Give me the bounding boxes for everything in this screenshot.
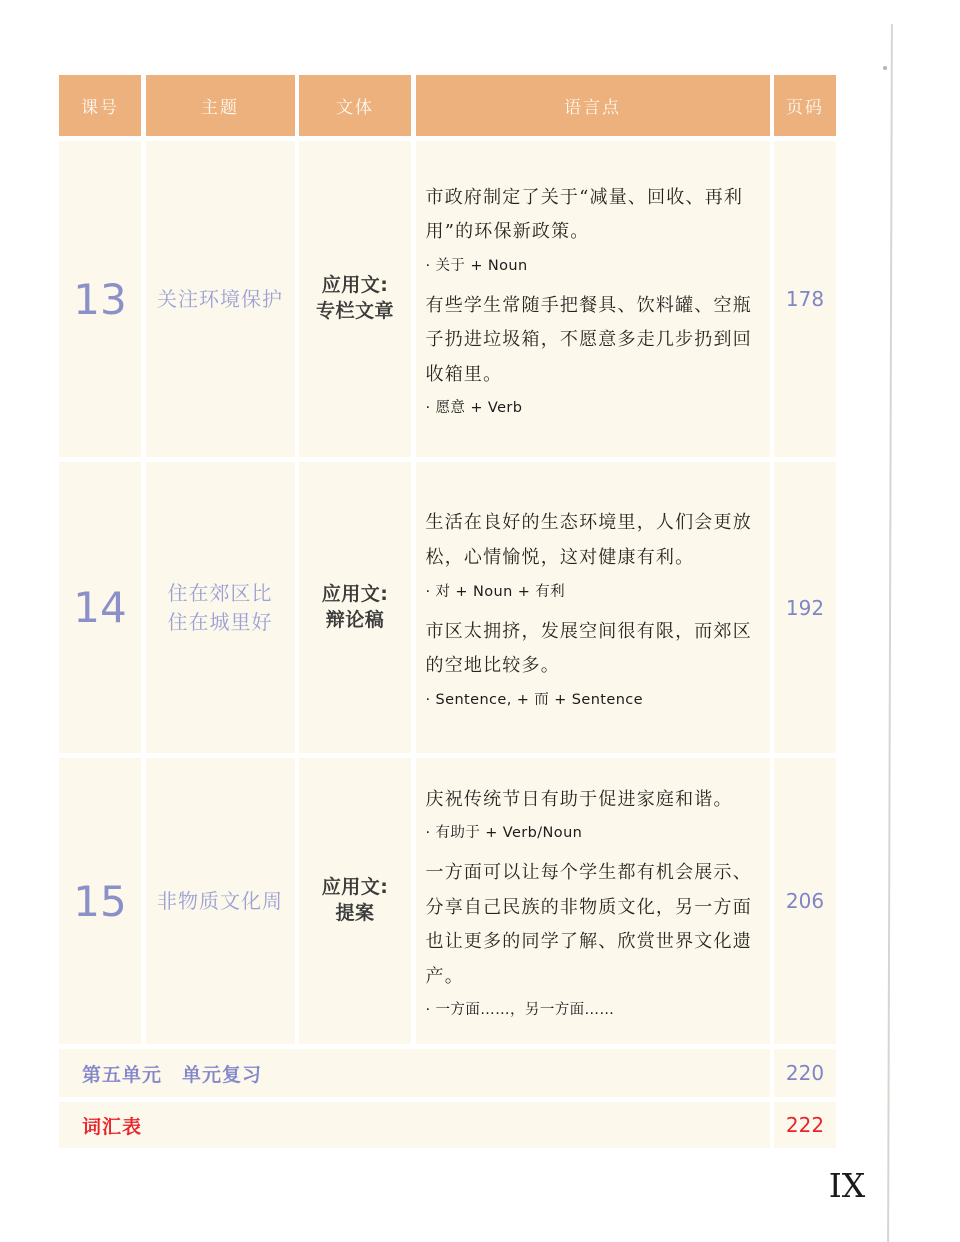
example-sentence: 市政府制定了关于“减量、回收、再利用”的环保新政策。	[426, 181, 760, 250]
header-label: 文体	[336, 93, 374, 118]
page-number-cell: 206	[774, 758, 836, 1044]
header-language-points: 语言点	[416, 75, 770, 136]
lesson-number: 15	[73, 877, 126, 926]
language-points-cell: 市政府制定了关于“减量、回收、再利用”的环保新政策。 · 关于 + Noun 有…	[416, 141, 770, 457]
header-genre: 文体	[299, 75, 411, 136]
theme-line: 关注环境保护	[157, 285, 283, 314]
page-number: 220	[786, 1061, 824, 1085]
theme-line: 住在城里好	[168, 608, 273, 637]
page-number: 192	[786, 596, 824, 620]
theme-cell: 关注环境保护	[146, 141, 295, 457]
page-number-cell: 192	[774, 462, 836, 753]
page-number: 206	[786, 889, 824, 913]
grammar-pattern: · Sentence, + 而 + Sentence	[426, 688, 643, 709]
table-row-lesson-14: 14 住在郊区比 住在城里好 应用文: 辩论稿 生活在良好的生态环境里，人们会更…	[59, 462, 836, 753]
lesson-number: 14	[73, 583, 126, 632]
lesson-number: 13	[73, 275, 126, 324]
contents-table: 课号 主题 文体 语言点 页码 13 关注环境保护 应用文: 专栏文章 市政府制…	[59, 75, 836, 1148]
table-header-row: 课号 主题 文体 语言点 页码	[59, 75, 836, 136]
header-label: 课号	[81, 93, 119, 118]
grammar-pattern: · 愿意 + Verb	[426, 396, 523, 417]
grammar-pattern: · 有助于 + Verb/Noun	[426, 821, 583, 842]
genre-line: 辩论稿	[326, 608, 385, 634]
language-points-cell: 生活在良好的生态环境里，人们会更放松，心情愉悦，这对健康有利。 · 对 + No…	[416, 462, 770, 753]
example-sentence: 一方面可以让每个学生都有机会展示、分享自己民族的非物质文化，另一方面也让更多的同…	[426, 856, 760, 994]
page-number: 178	[786, 287, 824, 311]
genre-line: 专栏文章	[316, 299, 394, 325]
genre-line: 应用文:	[322, 273, 389, 299]
genre-line: 提案	[335, 901, 374, 927]
example-sentence: 生活在良好的生态环境里，人们会更放松，心情愉悦，这对健康有利。	[426, 506, 760, 575]
lesson-number-cell: 15	[59, 758, 141, 1044]
example-sentence: 有些学生常随手把餐具、饮料罐、空瓶子扔进垃圾箱，不愿意多走几步扔到回收箱里。	[426, 289, 760, 393]
theme-cell: 非物质文化周	[146, 758, 295, 1044]
table-row-lesson-13: 13 关注环境保护 应用文: 专栏文章 市政府制定了关于“减量、回收、再利用”的…	[59, 141, 836, 457]
scan-speck	[883, 66, 887, 70]
example-sentence: 庆祝传统节日有助于促进家庭和谐。	[426, 783, 733, 818]
page-number: 222	[786, 1113, 824, 1137]
grammar-pattern: · 关于 + Noun	[426, 254, 528, 275]
page-roman-numeral: IX	[822, 1166, 872, 1205]
unit-review-label-cell: 第五单元 单元复习	[59, 1049, 770, 1097]
lesson-number-cell: 14	[59, 462, 141, 753]
grammar-pattern: · 对 + Noun + 有利	[426, 580, 566, 601]
page-number-cell: 222	[774, 1102, 836, 1148]
genre-line: 应用文:	[322, 875, 389, 901]
genre-line: 应用文:	[322, 582, 389, 608]
table-row-lesson-15: 15 非物质文化周 应用文: 提案 庆祝传统节日有助于促进家庭和谐。 · 有助于…	[59, 758, 836, 1044]
theme-line: 非物质文化周	[157, 887, 283, 916]
example-sentence: 市区太拥挤，发展空间很有限，而郊区的空地比较多。	[426, 615, 760, 684]
genre-cell: 应用文: 辩论稿	[299, 462, 411, 753]
header-label: 语言点	[564, 93, 621, 118]
genre-cell: 应用文: 专栏文章	[299, 141, 411, 457]
table-row-vocabulary: 词汇表 222	[59, 1102, 836, 1148]
table-row-unit-review: 第五单元 单元复习 220	[59, 1049, 836, 1097]
unit-review-label: 第五单元 单元复习	[82, 1060, 262, 1087]
header-label: 页码	[786, 93, 824, 118]
vocabulary-label-cell: 词汇表	[59, 1102, 770, 1148]
header-page: 页码	[774, 75, 836, 136]
lesson-number-cell: 13	[59, 141, 141, 457]
page-number-cell: 220	[774, 1049, 836, 1097]
theme-cell: 住在郊区比 住在城里好	[146, 462, 295, 753]
grammar-pattern: · 一方面……，另一方面……	[426, 998, 615, 1019]
header-label: 主题	[201, 93, 239, 118]
theme-line: 住在郊区比	[168, 579, 273, 608]
vocabulary-label: 词汇表	[82, 1112, 142, 1139]
page-number-cell: 178	[774, 141, 836, 457]
header-theme: 主题	[146, 75, 295, 136]
language-points-cell: 庆祝传统节日有助于促进家庭和谐。 · 有助于 + Verb/Noun 一方面可以…	[416, 758, 770, 1044]
genre-cell: 应用文: 提案	[299, 758, 411, 1044]
header-lesson-number: 课号	[59, 75, 141, 136]
scan-page-edge-line	[887, 24, 893, 1242]
